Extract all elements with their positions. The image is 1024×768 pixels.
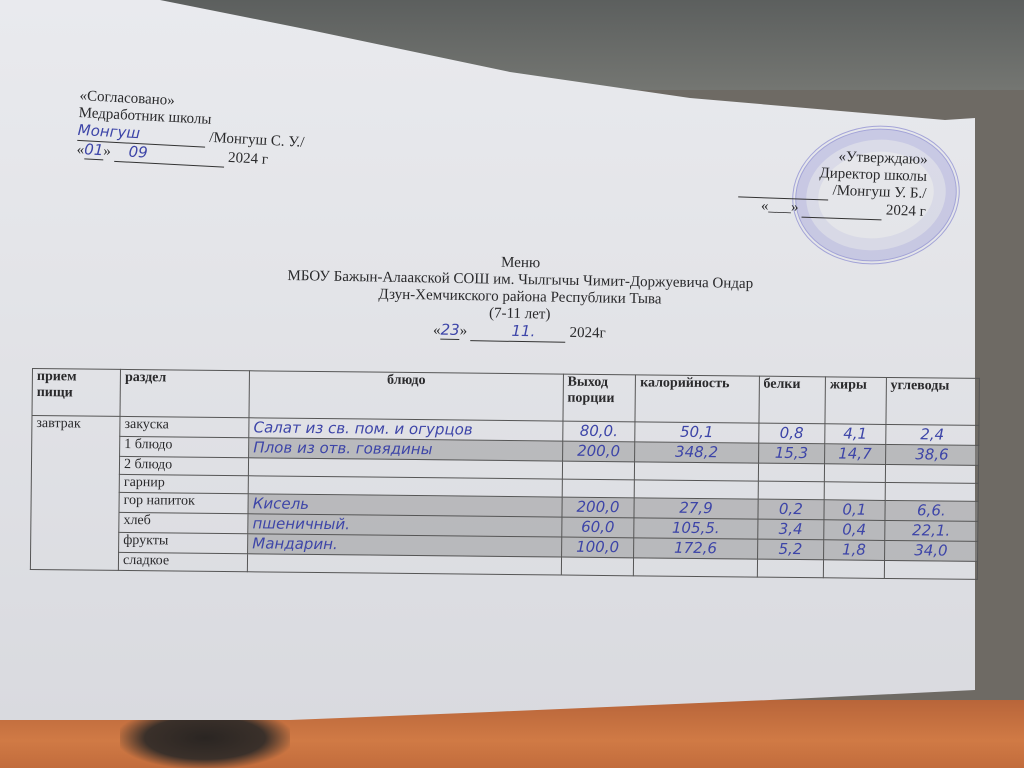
meal-cell: завтрак	[30, 416, 120, 571]
yield-cell: 200,0	[562, 441, 635, 462]
protein-cell-text: 3,4	[779, 520, 803, 538]
header-section: раздел	[120, 369, 250, 417]
calories-cell-text: 50,1	[680, 423, 714, 441]
protein-cell: 3,4	[757, 519, 824, 540]
header-yield: Выход порции	[563, 374, 636, 422]
carbs-cell	[884, 560, 978, 579]
protein-cell: 0,8	[758, 423, 825, 444]
approved-name: /Монгуш У. Б./	[832, 183, 926, 202]
section-cell-text: 1 блюдо	[124, 437, 172, 453]
section-cell: гарнир	[119, 474, 248, 493]
header-dish: блюдо	[249, 371, 563, 421]
approved-year: 2024 г	[886, 203, 926, 220]
fat-cell: 1,8	[824, 540, 885, 561]
carbs-cell: 22,1.	[884, 520, 978, 541]
yield-cell-text: 80,0.	[580, 422, 618, 440]
protein-cell: 15,3	[758, 443, 825, 464]
carbs-cell: 38,6	[885, 444, 979, 465]
menu-table: прием пищи раздел блюдо Выход порции кал…	[30, 368, 980, 580]
calories-cell: 50,1	[635, 422, 759, 443]
section-cell: фрукты	[119, 532, 248, 553]
yield-cell	[562, 461, 635, 480]
fat-cell-text: 0,4	[842, 520, 866, 538]
section-cell: хлеб	[119, 512, 248, 533]
protein-cell	[757, 559, 824, 578]
yield-cell-text: 60,0	[581, 518, 615, 536]
carbs-cell	[885, 464, 979, 483]
carbs-cell	[885, 482, 979, 501]
header-fat: жиры	[825, 377, 886, 425]
approved-day: «___»	[761, 198, 799, 215]
dish-cell	[248, 554, 562, 575]
header-carbs: углеводы	[886, 377, 980, 425]
protein-cell: 5,2	[757, 539, 824, 560]
section-cell: 2 блюдо	[119, 456, 248, 475]
section-cell: сладкое	[118, 552, 247, 571]
protein-cell-text: 0,2	[779, 500, 803, 518]
agreed-month: 09	[128, 143, 148, 162]
calories-cell	[634, 558, 758, 577]
calories-cell	[635, 462, 759, 481]
section-cell: 1 блюдо	[120, 436, 249, 457]
yield-cell-text: 200,0	[576, 498, 619, 516]
yield-cell	[562, 479, 635, 498]
agreed-year: 2024 г	[228, 150, 269, 168]
carbs-cell-text: 6,6.	[917, 501, 946, 519]
calories-cell-text: 105,5.	[672, 519, 720, 537]
carbs-cell-text: 38,6	[915, 445, 949, 463]
fat-cell: 0,4	[824, 520, 885, 541]
fat-cell	[824, 482, 885, 501]
calories-cell: 348,2	[635, 442, 759, 463]
carbs-cell: 34,0	[884, 540, 978, 561]
dish-cell-text: Мандарин.	[252, 534, 338, 553]
carbs-cell: 6,6.	[885, 500, 979, 521]
dish-cell: Салат из св. пом. и огурцов	[249, 418, 563, 441]
carbs-cell-text: 22,1.	[912, 521, 950, 539]
section-cell: закуска	[120, 416, 249, 437]
yield-cell: 80,0.	[562, 421, 635, 442]
dish-cell: Мандарин.	[248, 534, 562, 557]
section-cell-text: хлеб	[123, 513, 150, 528]
header-protein: белки	[759, 376, 826, 424]
carbs-cell-text: 34,0	[914, 541, 948, 559]
yield-cell: 60,0	[561, 517, 634, 538]
protein-cell-text: 5,2	[778, 540, 802, 558]
section-cell-text: 2 блюдо	[124, 457, 172, 473]
calories-cell: 27,9	[634, 498, 758, 519]
approval-block-approved: «Утверждаю» Директор школы /Монгуш У. Б.…	[726, 145, 928, 222]
fat-cell-text: 0,1	[842, 500, 866, 518]
protein-cell-text: 0,8	[780, 424, 804, 442]
calories-cell-text: 27,9	[679, 499, 713, 517]
calories-cell: 172,6	[634, 538, 758, 559]
menu-month: 11.	[511, 322, 535, 340]
dish-cell: Плов из отв. говядины	[249, 438, 563, 461]
approval-block-agreed: «Согласовано» Медработник школы Монгуш /…	[76, 88, 306, 172]
section-cell-text: сладкое	[123, 553, 169, 568]
calories-cell	[634, 480, 758, 499]
carbs-cell: 2,4	[885, 424, 979, 445]
fat-cell	[823, 560, 884, 579]
yield-cell-text: 200,0	[577, 442, 620, 460]
dish-cell-text: Кисель	[253, 494, 309, 513]
agreed-signature: Монгуш	[77, 121, 140, 142]
dish-cell: Кисель	[248, 494, 562, 517]
fat-cell-text: 1,8	[842, 540, 866, 558]
fat-cell-text: 14,7	[838, 444, 872, 462]
carbs-cell-text: 2,4	[920, 425, 944, 443]
section-cell-text: гор напиток	[124, 493, 195, 509]
yield-cell	[561, 557, 634, 576]
dish-cell-text: пшеничный.	[252, 514, 350, 533]
calories-cell-text: 348,2	[675, 443, 718, 461]
agreed-day: 01	[84, 141, 104, 160]
yield-cell: 200,0	[562, 497, 635, 518]
section-cell-text: фрукты	[123, 533, 168, 548]
header-meal: прием пищи	[32, 369, 121, 417]
yield-cell-text: 100,0	[576, 538, 619, 556]
protein-cell-text: 15,3	[775, 444, 809, 462]
protein-cell	[758, 463, 825, 482]
fat-cell	[824, 464, 885, 483]
dish-cell-text: Плов из отв. говядины	[253, 438, 432, 458]
section-cell: гор напиток	[119, 492, 248, 513]
protein-cell	[758, 481, 825, 500]
protein-cell: 0,2	[758, 499, 825, 520]
calories-cell-text: 172,6	[674, 539, 717, 557]
yield-cell: 100,0	[561, 537, 634, 558]
dish-cell: пшеничный.	[248, 514, 562, 537]
fat-cell: 14,7	[825, 444, 886, 465]
fat-cell: 0,1	[824, 500, 885, 521]
header-calories: калорийность	[635, 375, 759, 423]
menu-day: 23	[440, 322, 459, 340]
section-cell-text: закуска	[124, 417, 169, 432]
menu-title-block: Меню МБОУ Бажын-Алаакской СОШ им. Чылгыч…	[229, 250, 810, 347]
fat-cell-text: 4,1	[843, 424, 867, 442]
dish-cell-text: Салат из св. пом. и огурцов	[253, 418, 472, 438]
section-cell-text: гарнир	[124, 475, 165, 490]
fat-cell: 4,1	[825, 424, 886, 445]
calories-cell: 105,5.	[634, 518, 758, 539]
menu-year: 2024г	[569, 325, 605, 342]
